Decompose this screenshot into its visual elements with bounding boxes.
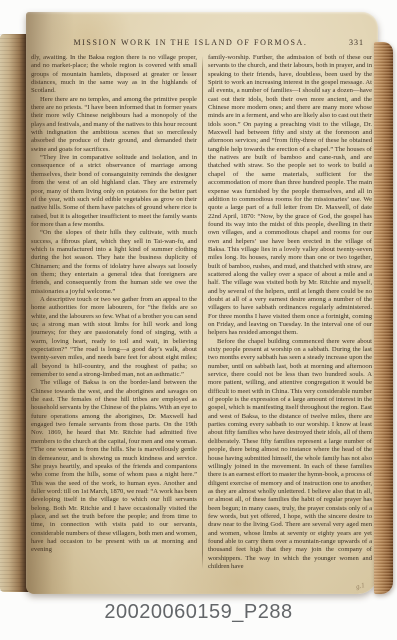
paragraph: Before the chapel building commenced the… — [208, 338, 372, 572]
running-head-title: MISSION WORK IN THE ISLAND OF FORMOSA. — [32, 38, 349, 47]
text-columns: dly, awaiting. In the Baksa region there… — [31, 54, 372, 575]
book-fore-edge — [374, 42, 393, 594]
paragraph: dly, awaiting. In the Baksa region there… — [31, 54, 197, 96]
right-text-column: family-worship. Further, the admission o… — [208, 54, 372, 575]
book-page: MISSION WORK IN THE ISLAND OF FORMOSA. 3… — [26, 12, 378, 594]
page-header: MISSION WORK IN THE ISLAND OF FORMOSA. 3… — [32, 38, 364, 47]
paragraph: A descriptive touch or two we gather fro… — [31, 296, 197, 379]
scan-id-label: 20020060159_P288 — [0, 601, 397, 624]
column-divider-rule — [202, 56, 203, 569]
left-text-column: dly, awaiting. In the Baksa region there… — [31, 54, 197, 575]
book-photo: MISSION WORK IN THE ISLAND OF FORMOSA. 3… — [0, 0, 397, 640]
paragraph: “They live in comparative solitude and i… — [31, 154, 197, 229]
page-number: 331 — [349, 38, 364, 47]
paragraph: family-worship. Further, the admission o… — [208, 54, 372, 338]
paragraph: Here there are no temples, and among the… — [31, 96, 197, 154]
paragraph: The village of Baksa is on the border-la… — [31, 379, 197, 554]
paragraph: “On the slopes of their hills they culti… — [31, 229, 197, 296]
pencil-mark: g.1 — [355, 581, 365, 591]
